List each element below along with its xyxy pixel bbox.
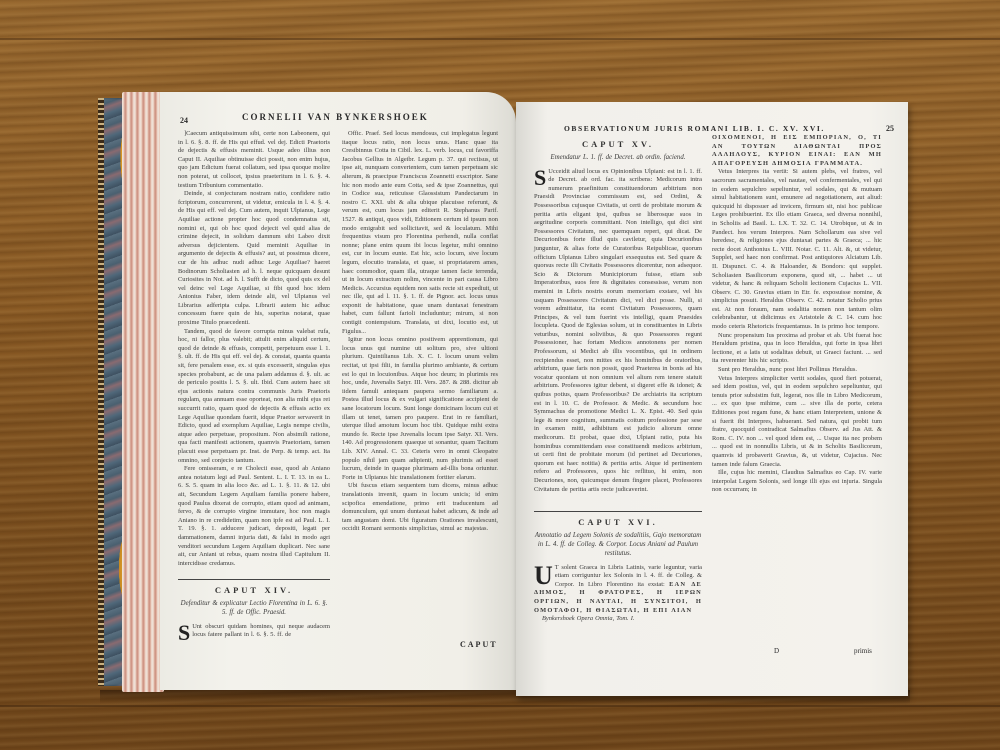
drop-cap: S: [178, 624, 190, 642]
right-caput-xvi: CAPUT XVI. Annotatio ad Legem Solonis de…: [534, 506, 702, 624]
caput-xvi-heading: CAPUT XVI.: [534, 518, 702, 527]
page-fore-edge: [122, 92, 164, 692]
paragraph: Ille, cujus hic memini, Claudius Salmafi…: [712, 469, 882, 495]
right-column-1: CAPUT XV. Emendatur L. 1. ff. de Decret.…: [534, 134, 702, 554]
right-running-head: OBSERVATIONUM JURIS ROMANI LIB. I. C. XV…: [564, 124, 825, 133]
right-catchword: primis: [854, 647, 872, 655]
paragraph: Deinde, si conjecturam nostram ratio, co…: [178, 190, 330, 328]
greek-continuation: ΟΙΧΟΜΕΝΟΙ, Η ΕΙΣ ΕΜΠΟΡΙΑΝ, Ο, ΤΙ ΑΝ ΤΟΥΤ…: [712, 134, 882, 168]
left-page-number: 24: [180, 116, 188, 125]
caput-xiv-heading: CAPUT XIV.: [178, 586, 330, 595]
table-grain-line: [0, 705, 1000, 707]
caput-xvi-subtitle: Annotatio ad Legem Solonis de sodalitiis…: [534, 531, 702, 558]
section-rule: [178, 579, 330, 580]
right-column-2: ΟΙΧΟΜΕΝΟΙ, Η ΕΙΣ ΕΜΠΟΡΙΑΝ, Ο, ΤΙ ΑΝ ΤΟΥΤ…: [712, 134, 882, 634]
paragraph: ]Caecum antiquissimum sibi, certe non La…: [178, 130, 330, 190]
paragraph: Fere omisseram, e re Cholecii esse, quod…: [178, 465, 330, 568]
left-running-head: CORNELII VAN BYNKERSHOEK: [242, 112, 429, 122]
left-catchword: CAPUT: [460, 640, 498, 649]
paragraph: Vetus Interpres simpliciter vertit sodal…: [712, 375, 882, 470]
left-column-2: Offic. Praef. Sed locus mendosus, cui im…: [342, 130, 498, 650]
table-grain-line: [0, 38, 1000, 40]
drop-cap: U: [534, 565, 553, 587]
paragraph: Ubi fuscus etiam sequentem tum dicens, m…: [342, 482, 498, 534]
paragraph: Nunc propensium Ius proxima ad probar et…: [712, 332, 882, 366]
caput-xv-heading: CAPUT XV.: [534, 140, 702, 149]
paragraph: Tandem, quod de favore corrupta minus va…: [178, 328, 330, 466]
paragraph: Sunt pro Heraldus, nunc post libri Polli…: [712, 366, 882, 375]
left-caput-xiv: CAPUT XIV. Defenditur & explicatur Lecti…: [178, 574, 330, 642]
caput-xv-text: Ucceidit aliud locus ex Opinionibus Ulpi…: [534, 168, 702, 493]
footer-line: Bynkershoek Opera Omnia, Tom. I.: [542, 615, 702, 624]
signature-mark: D: [774, 647, 779, 655]
cover-tooled-edge: [98, 98, 104, 686]
drop-cap: S: [534, 169, 546, 187]
caput-xv-subtitle: Emendatur L. 1. ff. de Decret. ab ordin.…: [534, 153, 702, 162]
open-book: 24 CORNELII VAN BYNKERSHOEK ]Caecum anti…: [98, 92, 908, 696]
right-page: OBSERVATIONUM JURIS ROMANI LIB. I. C. XV…: [516, 102, 908, 696]
right-page-number: 25: [886, 124, 894, 133]
paragraph: Vetus Interpres ita vertit: Si autem ple…: [712, 168, 882, 331]
caput-xiv-text: Unt obscuri quidam homines, qui neque au…: [192, 623, 330, 639]
section-rule: [534, 511, 702, 512]
left-column-1: ]Caecum antiquissimum sibi, certe non La…: [178, 130, 330, 570]
left-page: 24 CORNELII VAN BYNKERSHOEK ]Caecum anti…: [160, 92, 516, 690]
paragraph: Igitur non locus omnino positivem appren…: [342, 336, 498, 482]
caput-xiv-subtitle: Defenditur & explicatur Lectio Florentin…: [178, 599, 330, 617]
paragraph: Offic. Praef. Sed locus mendosus, cui im…: [342, 130, 498, 336]
